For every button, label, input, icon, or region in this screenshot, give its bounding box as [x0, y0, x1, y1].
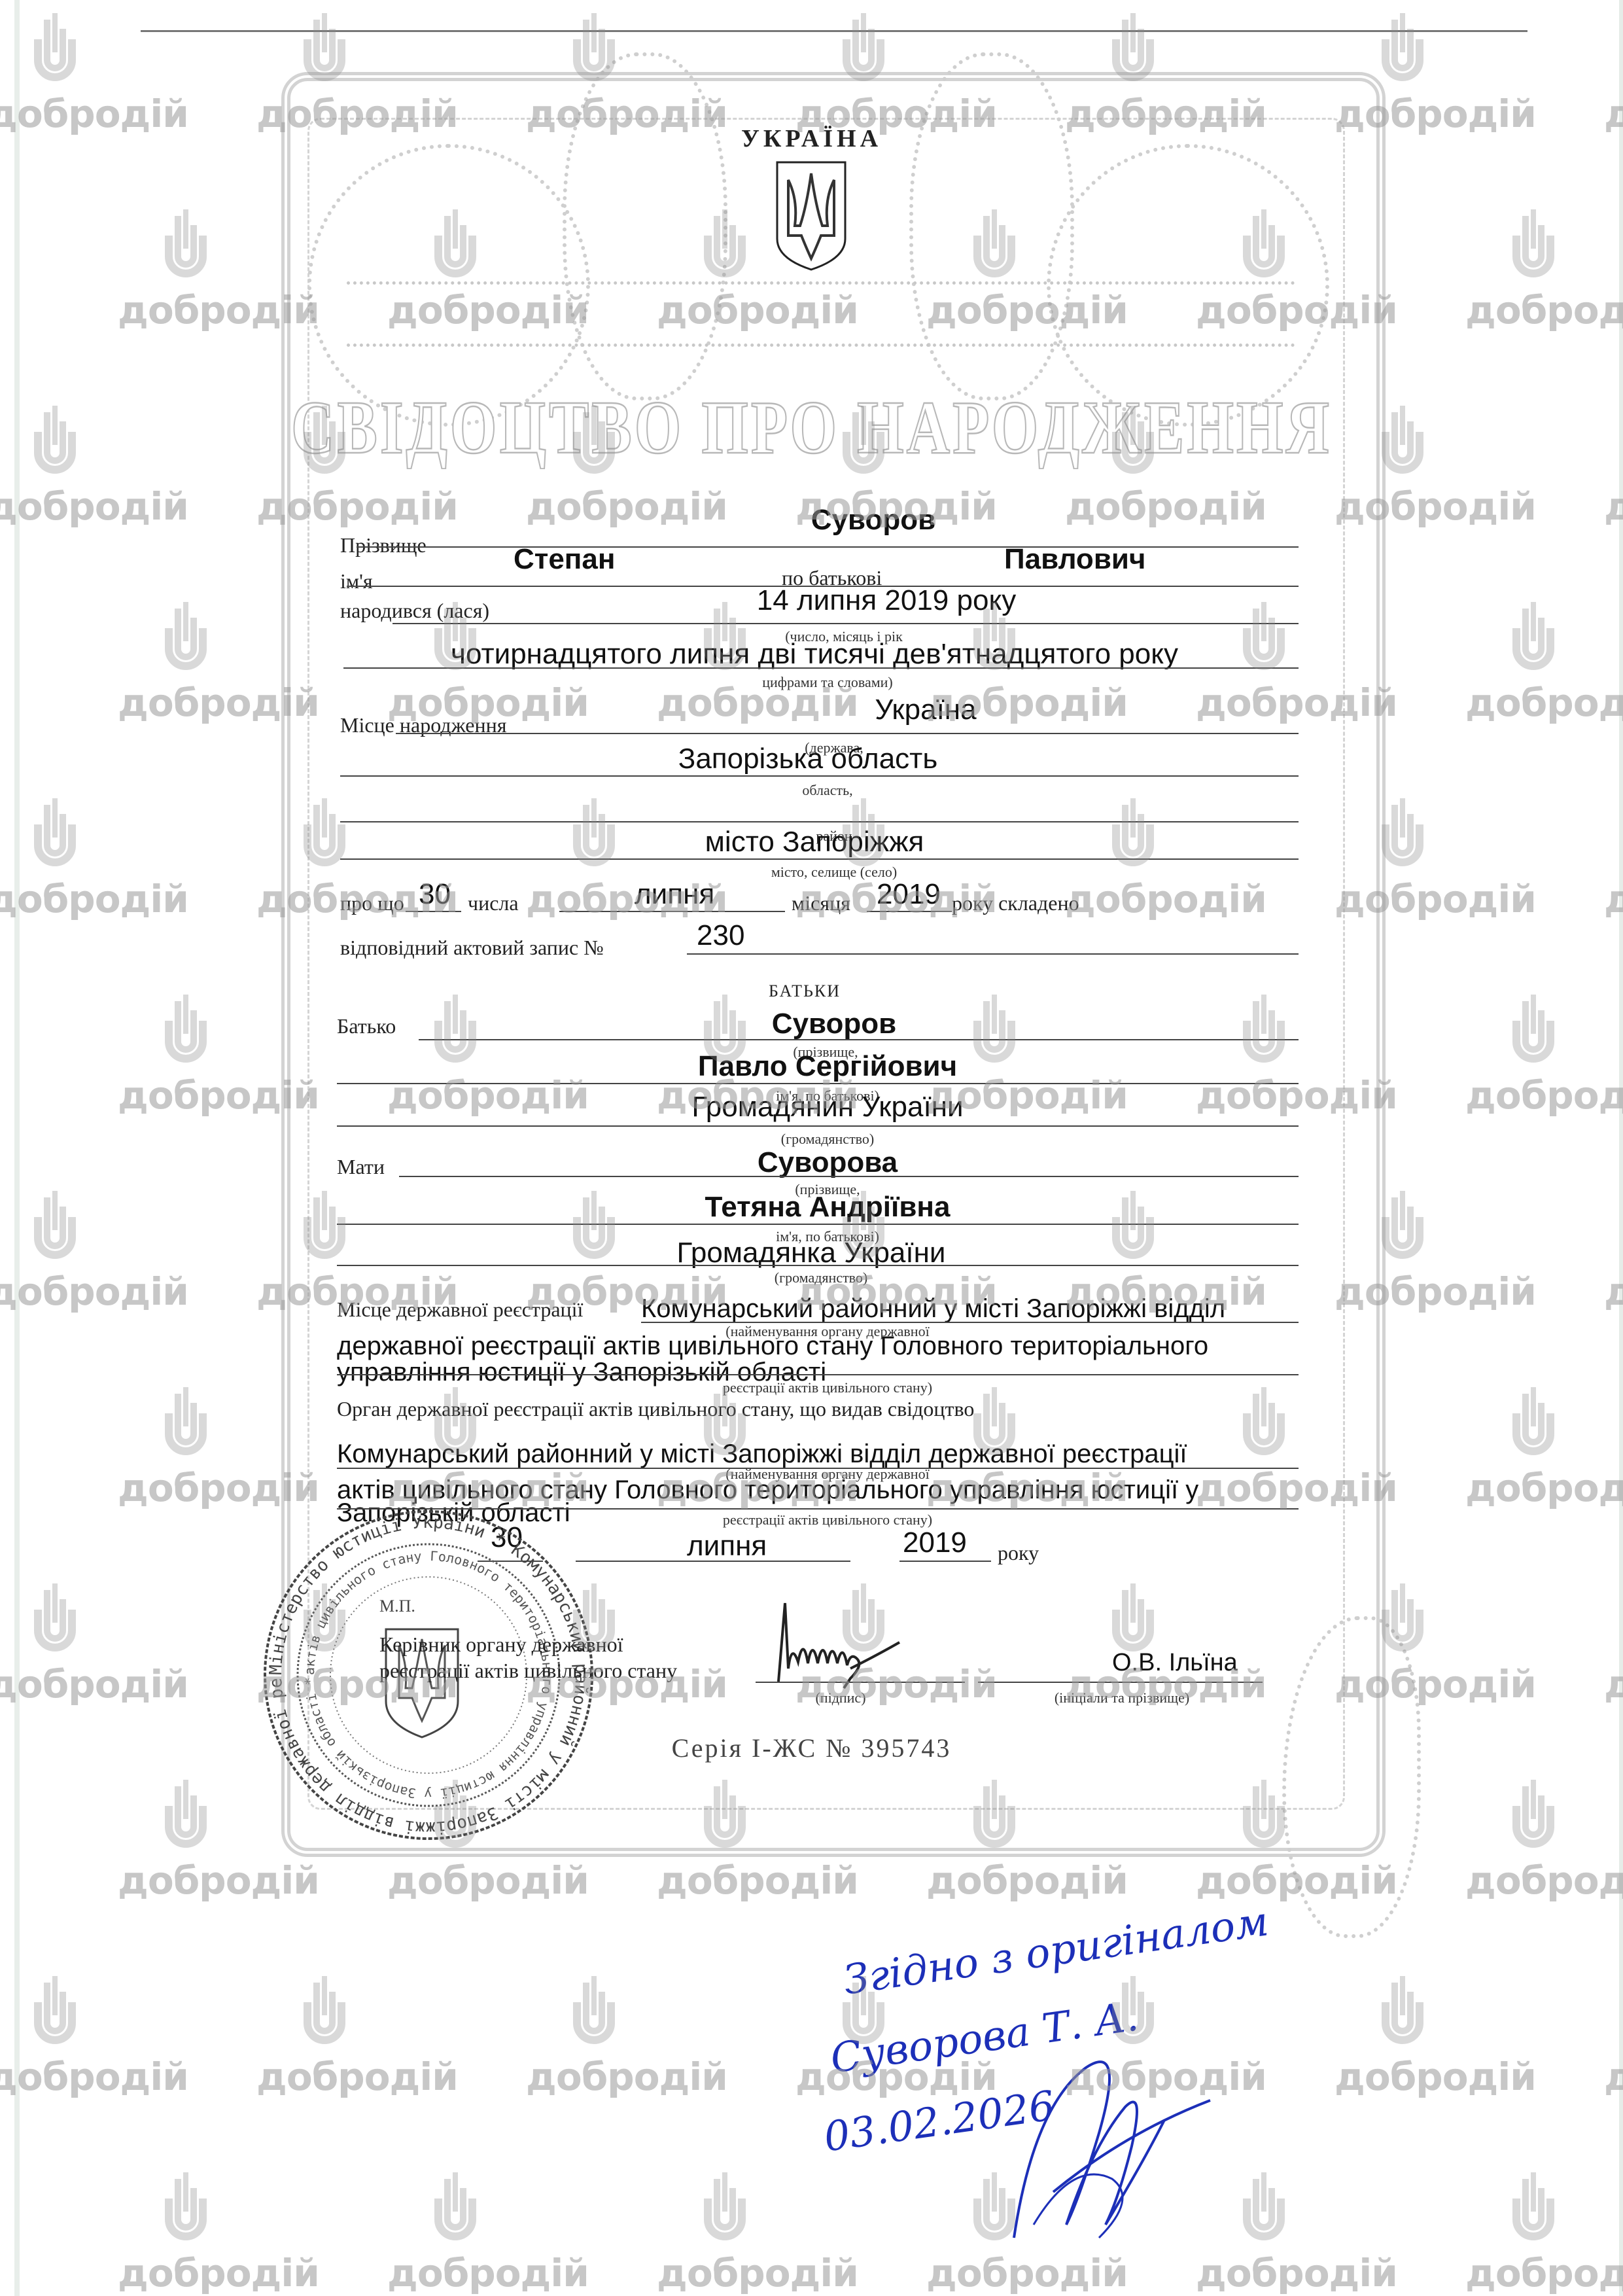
- father-citizenship-line: [337, 1125, 1299, 1127]
- certifier-signature: [994, 2028, 1230, 2251]
- watermark-logo-icon: [1511, 209, 1556, 281]
- watermark-text: добродій: [0, 484, 188, 529]
- ornament-band: [347, 281, 1295, 347]
- record-day: 30: [419, 878, 451, 911]
- record-prefix: про що: [340, 891, 404, 915]
- watermark-text: добродій: [387, 1858, 589, 1903]
- birthplace-city: місто Запоріжжя: [705, 826, 924, 858]
- ornament-column-left: [563, 52, 727, 400]
- birth-date-line: [393, 623, 1299, 624]
- father-surname: Суворов: [772, 1008, 896, 1040]
- seal-place-mark: М.П.: [379, 1597, 415, 1616]
- birth-words-caption: цифрами та словами): [762, 674, 893, 691]
- watermark-logo-icon: [33, 1583, 77, 1655]
- surname-line: [357, 546, 1299, 548]
- issuer-line1: Комунарський районний у місті Запоріжжі …: [337, 1439, 1187, 1469]
- record-month: липня: [635, 878, 714, 911]
- watermark-text: добродій: [0, 2055, 188, 2099]
- watermark-text: добродій: [926, 1858, 1128, 1903]
- watermark-text: добродій: [0, 1662, 188, 1706]
- record-year: 2019: [877, 878, 941, 911]
- scan-edge-right: [1619, 0, 1623, 2296]
- watermark-logo-icon: [703, 2172, 747, 2244]
- watermark-logo-icon: [1380, 1976, 1425, 2048]
- issue-month-line: [576, 1561, 850, 1562]
- father-label: Батько: [337, 1014, 396, 1038]
- mother-surname: Суворова: [758, 1146, 898, 1179]
- issuer-caption-2: реєстрації актів цивільного стану): [723, 1511, 932, 1528]
- record-year-line: [867, 911, 952, 912]
- watermark-logo-icon: [164, 1387, 208, 1459]
- series-value: 395743: [861, 1733, 951, 1763]
- watermark-text: добродій: [1465, 1466, 1623, 1510]
- father-surname-line: [419, 1039, 1299, 1040]
- record-day-label: числа: [468, 891, 519, 915]
- birth-certificate-scan: УКРАЇНА СВІДОЦТВО ПРО НАРОДЖЕННЯ Прізвищ…: [0, 0, 1623, 2296]
- watermark-text: добродій: [0, 1269, 188, 1314]
- watermark-logo-icon: [1380, 798, 1425, 870]
- head-label-1: Керівник органу державної: [379, 1633, 623, 1657]
- region-caption: область,: [802, 782, 852, 799]
- watermark-logo-icon: [164, 602, 208, 674]
- mother-label: Мати: [337, 1155, 385, 1179]
- record-month-label: місяця: [792, 891, 850, 915]
- watermark-text: добродій: [1465, 2251, 1623, 2295]
- watermark-text: добродій: [1465, 288, 1623, 332]
- issue-year-label: року: [998, 1541, 1039, 1565]
- watermark-logo-icon: [572, 1976, 616, 2048]
- watermark-logo-icon: [164, 209, 208, 281]
- district-line: [340, 821, 1299, 822]
- act-label: відповідний актовий запис №: [340, 936, 604, 960]
- certification-line-1: Згідно з оригіналом: [841, 1897, 1271, 2004]
- series-label: Серія І-ЖС №: [672, 1733, 853, 1763]
- mother-citizenship-line: [337, 1265, 1299, 1266]
- official-caption: (ініціали та прізвище): [1055, 1689, 1189, 1706]
- country-heading: УКРАЇНА: [0, 124, 1623, 153]
- issue-year-line: [899, 1561, 991, 1562]
- registration-caption-2: реєстрації актів цивільного стану): [723, 1379, 932, 1396]
- watermark-logo-icon: [164, 1780, 208, 1852]
- scan-top-line: [141, 30, 1527, 32]
- father-citizenship: Громадянин України: [691, 1091, 963, 1123]
- father-citizenship-caption: (громадянство): [781, 1131, 875, 1148]
- watermark-logo-icon: [164, 2172, 208, 2244]
- issue-month: липня: [687, 1530, 767, 1563]
- ornament-column-right: [909, 52, 1074, 400]
- father-name: Павло Сергійович: [698, 1050, 957, 1083]
- birth-date-words: чотирнадцятого липня дві тисячі дев'ятна…: [451, 638, 1178, 671]
- record-day-line: [406, 911, 461, 912]
- watermark-logo-icon: [302, 1976, 347, 2048]
- watermark-text: добродій: [1196, 2251, 1397, 2295]
- watermark-text: добродій: [657, 1858, 858, 1903]
- watermark-text: добродій: [1465, 680, 1623, 725]
- watermark-text: добродій: [256, 2055, 458, 2099]
- child-surname: Суворов: [811, 504, 935, 537]
- mother-citizenship-caption: (громадянство): [775, 1269, 868, 1286]
- issue-year: 2019: [903, 1527, 967, 1559]
- watermark-logo-icon: [1511, 1780, 1556, 1852]
- watermark-text: добродій: [926, 2251, 1128, 2295]
- mother-name: Тетяна Андріївна: [705, 1191, 951, 1224]
- signature-line: [756, 1682, 965, 1683]
- record-year-label: року складено: [952, 891, 1079, 915]
- signature-caption: (підпис): [815, 1689, 865, 1706]
- father-name-line: [337, 1083, 1299, 1084]
- watermark-text: добродій: [1465, 1073, 1623, 1118]
- birth-words-line: [343, 667, 1299, 669]
- birthplace-state: Україна: [875, 694, 976, 726]
- mother-surname-line: [399, 1176, 1299, 1177]
- watermark-logo-icon: [1511, 2172, 1556, 2244]
- watermark-text: добродій: [387, 2251, 589, 2295]
- watermark-logo-icon: [1380, 1191, 1425, 1263]
- watermark-logo-icon: [1511, 1387, 1556, 1459]
- born-label: народився (лася): [340, 599, 489, 623]
- watermark-text: добродій: [118, 1858, 319, 1903]
- watermark-logo-icon: [1380, 13, 1425, 85]
- watermark-text: добродій: [0, 877, 188, 921]
- mother-name-line: [337, 1224, 1299, 1225]
- watermark-logo-icon: [33, 13, 77, 85]
- watermark-logo-icon: [33, 798, 77, 870]
- coat-of-arms-icon: [775, 160, 847, 272]
- official-name-line: [978, 1682, 1263, 1683]
- child-patronymic: Павлович: [1004, 543, 1145, 576]
- scan-edge-left: [14, 0, 20, 2296]
- watermark-logo-icon: [1511, 602, 1556, 674]
- watermark-text: добродій: [1465, 1858, 1623, 1903]
- watermark-logo-icon: [433, 2172, 478, 2244]
- record-month-line: [559, 911, 785, 912]
- watermark-text: добродій: [118, 2251, 319, 2295]
- watermark-logo-icon: [33, 1976, 77, 2048]
- birth-date: 14 липня 2019 року: [757, 584, 1016, 617]
- watermark-text: добродій: [1335, 2055, 1536, 2099]
- city-line: [340, 858, 1299, 860]
- surname-label: Прізвище: [340, 533, 427, 557]
- official-name: О.В. Ільїна: [1112, 1649, 1238, 1677]
- registration-place-label: Місце державної реєстрації: [337, 1298, 583, 1322]
- region-line: [340, 775, 1299, 777]
- registration-place-line1: Комунарський районний у місті Запоріжжі …: [641, 1294, 1225, 1324]
- watermark-logo-icon: [33, 1191, 77, 1263]
- name-label: ім'я: [340, 569, 373, 593]
- child-name: Степан: [514, 543, 615, 576]
- registration-line-2: [337, 1374, 1299, 1375]
- act-number: 230: [697, 919, 744, 952]
- series-number: Серія І-ЖС № 395743: [0, 1733, 1623, 1763]
- parents-heading: БАТЬКИ: [769, 981, 841, 1001]
- registration-place-line2: державної реєстрації актів цивільного ст…: [337, 1332, 1208, 1361]
- state-line: [396, 733, 1299, 734]
- issuer-label: Орган державної реєстрації актів цивільн…: [337, 1397, 974, 1421]
- watermark-text: добродій: [526, 2055, 727, 2099]
- act-number-line: [687, 953, 1299, 955]
- document-title: СВІДОЦТВО ПРО НАРОДЖЕННЯ: [0, 384, 1623, 471]
- birthplace-region: Запорізька область: [678, 743, 938, 775]
- watermark-logo-icon: [164, 995, 208, 1067]
- head-label-2: реєстрації актів цивільного стану: [379, 1659, 677, 1683]
- registrar-signature: [752, 1590, 903, 1695]
- watermark-text: добродій: [657, 2251, 858, 2295]
- watermark-logo-icon: [1511, 995, 1556, 1067]
